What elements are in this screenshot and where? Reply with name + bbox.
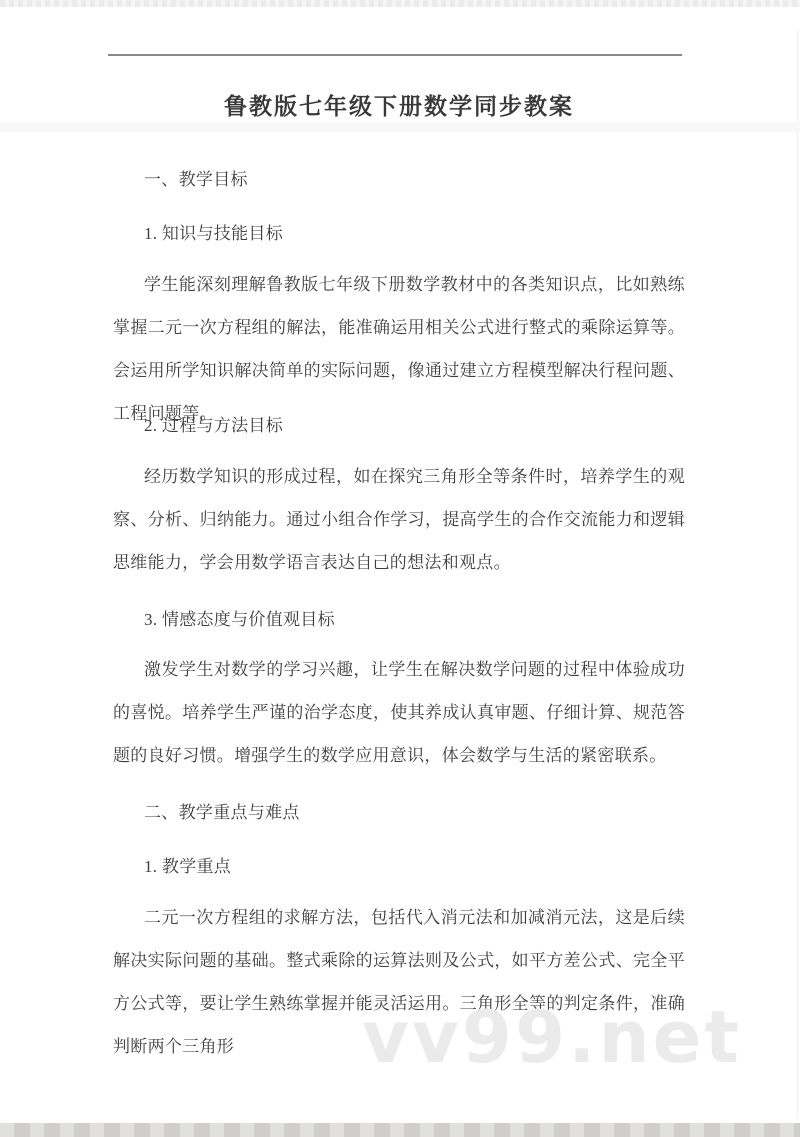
site-watermark: vv99.net: [362, 1001, 742, 1073]
page-top-texture: [0, 0, 800, 7]
section-heading-teaching-goals: 一、教学目标: [113, 158, 685, 201]
document-page: 鲁教版七年级下册数学同步教案 一、教学目标 1. 知识与技能目标 学生能深刻理解…: [0, 0, 800, 1137]
scan-artifact-band: [0, 122, 800, 132]
section-heading-key-difficult: 二、教学重点与难点: [113, 791, 685, 834]
subsection-heading-affect-values: 3. 情感态度与价值观目标: [113, 598, 685, 641]
subsection-heading-teaching-key: 1. 教学重点: [113, 845, 685, 888]
subsection-heading-process-method: 2. 过程与方法目标: [113, 404, 685, 447]
page-bottom-strip: [0, 1123, 800, 1137]
body-paragraph-affect-values: 激发学生对数学的学习兴趣，让学生在解决数学问题的过程中体验成功的喜悦。培养学生严…: [113, 648, 685, 777]
subsection-heading-knowledge-skills: 1. 知识与技能目标: [113, 212, 685, 255]
page-right-edge: [797, 30, 798, 1117]
header-divider-line: [108, 54, 682, 56]
body-paragraph-process-method: 经历数学知识的形成过程，如在探究三角形全等条件时，培养学生的观察、分析、归纳能力…: [113, 455, 685, 584]
